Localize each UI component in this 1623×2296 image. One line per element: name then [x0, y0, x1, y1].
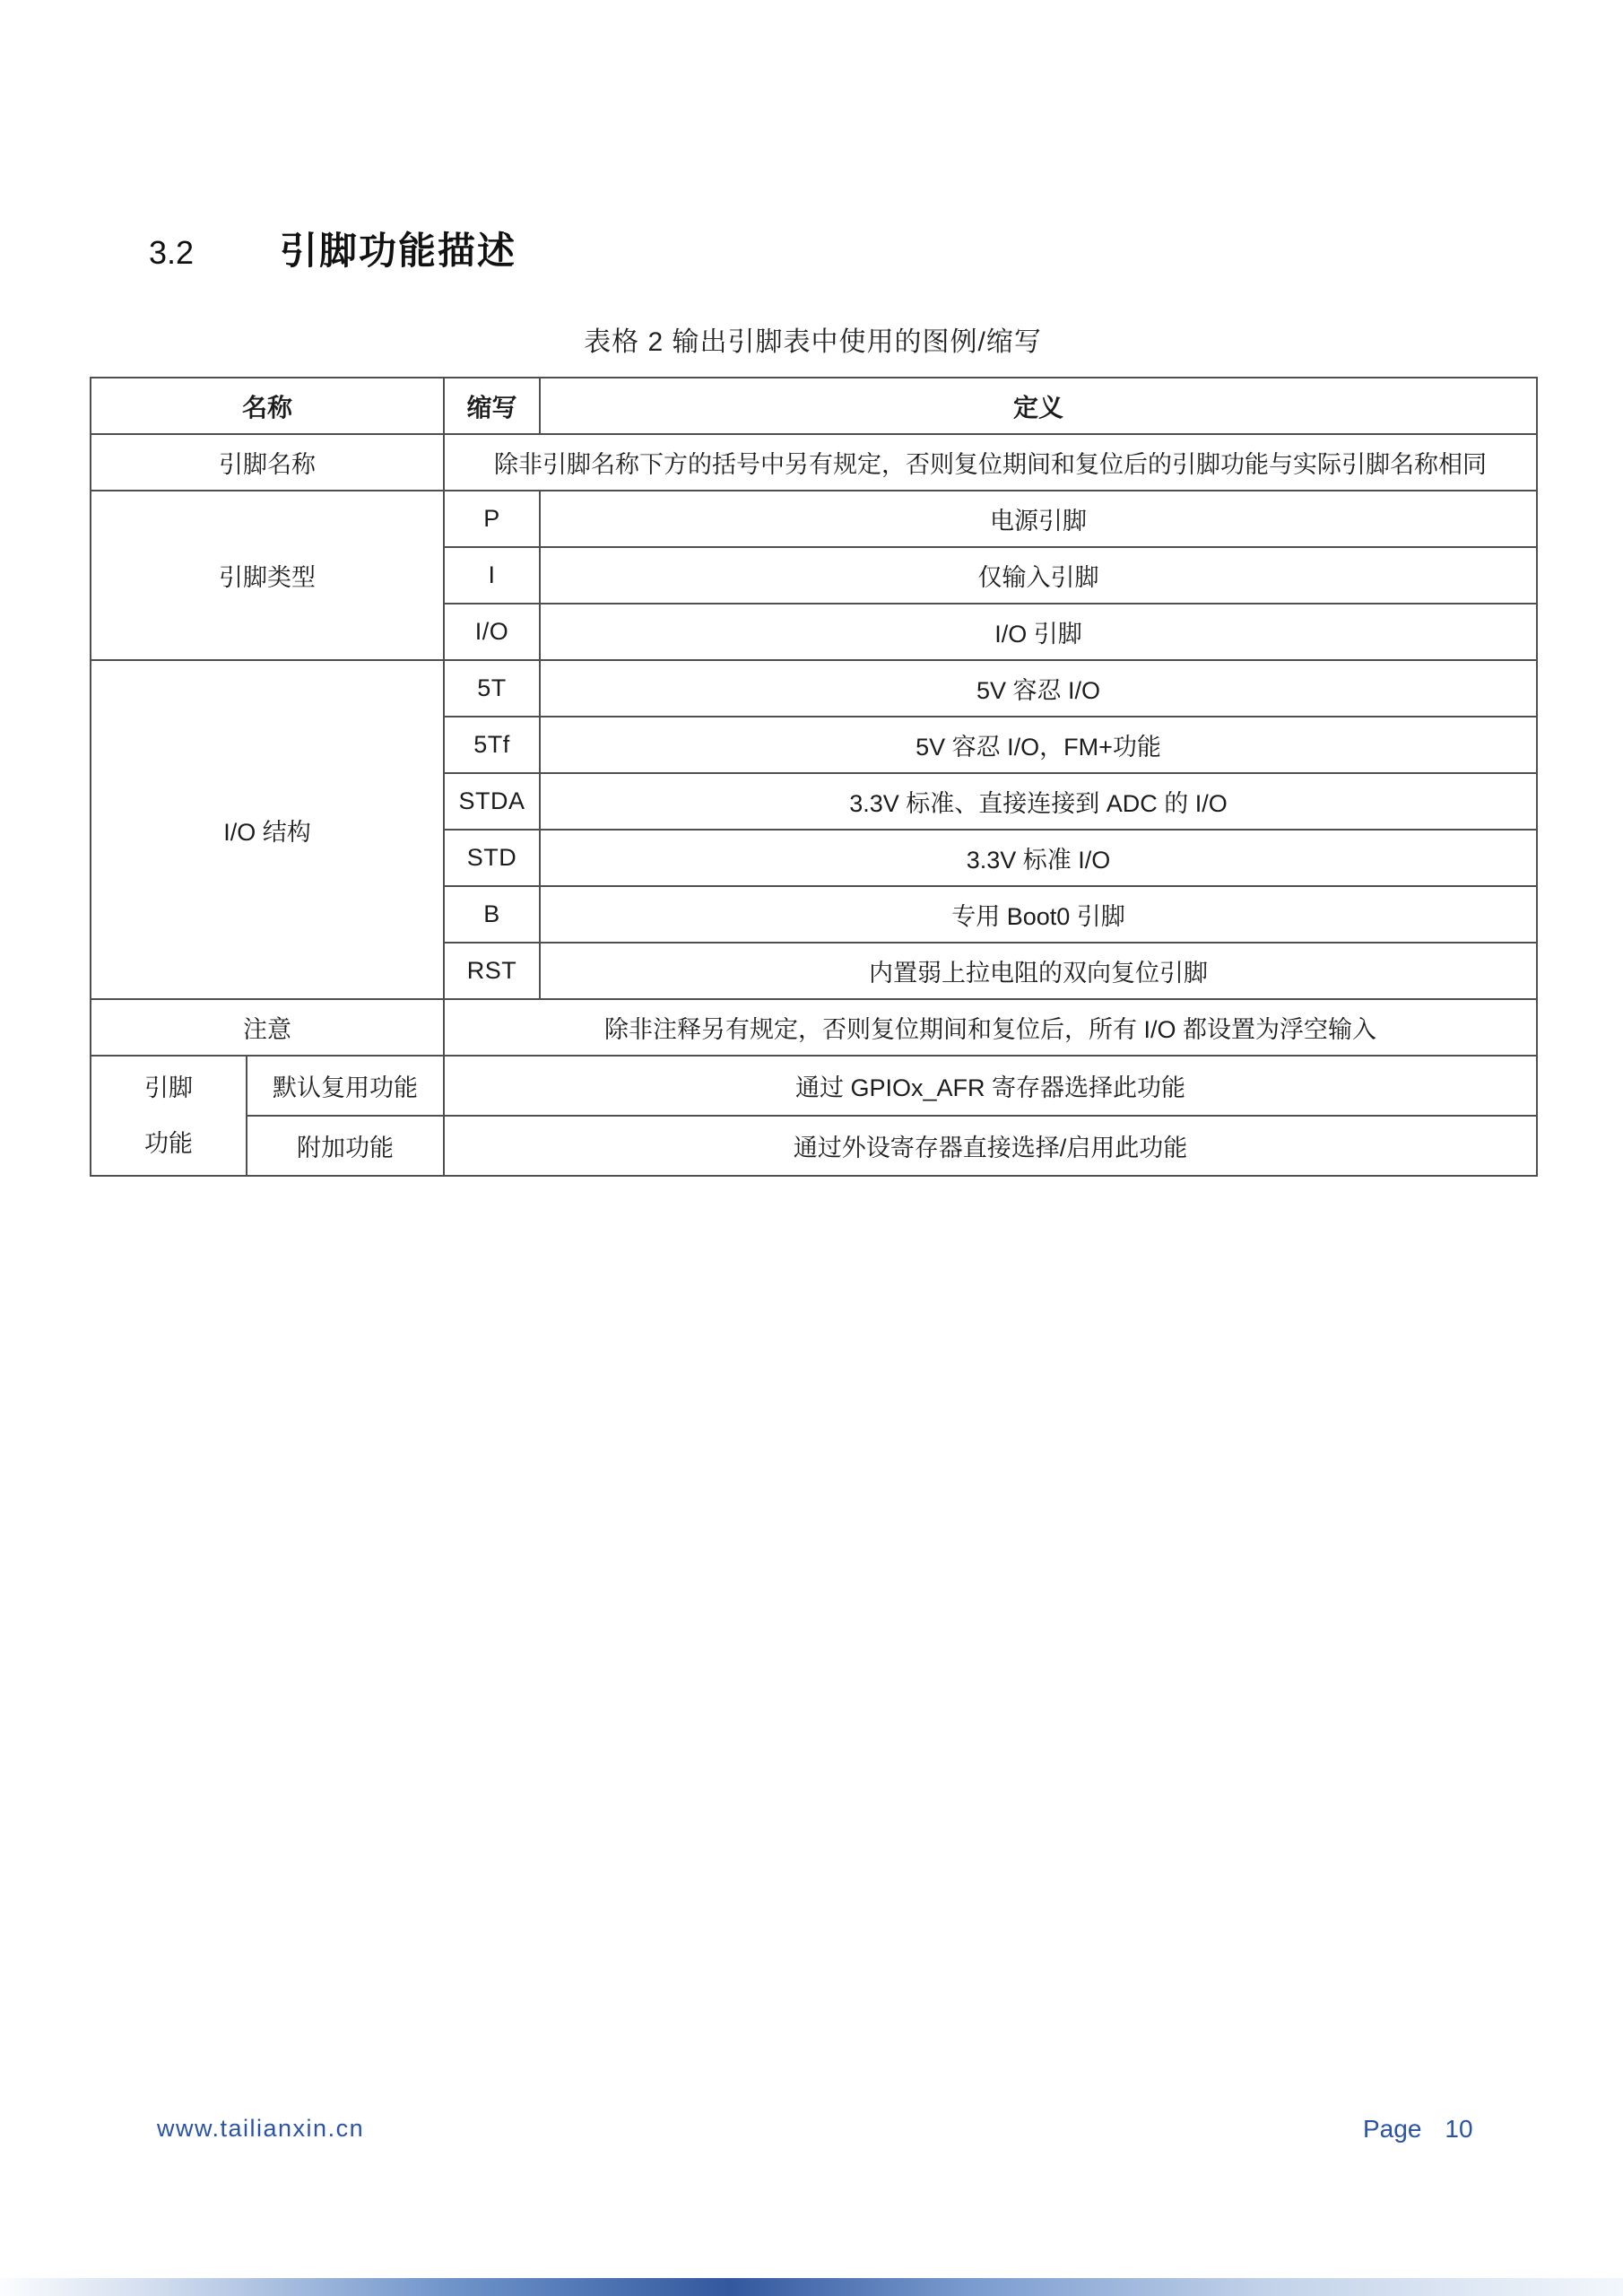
default-alt-function-definition: 通过 GPIOx_AFR 寄存器选择此功能 [444, 1056, 1537, 1116]
pin-function-line1: 引脚 [144, 1074, 193, 1101]
table-caption: 表格 2 输出引脚表中使用的图例/缩写 [90, 319, 1536, 359]
abbr-5t: 5T [444, 660, 540, 717]
header-definition: 定义 [540, 378, 1537, 434]
default-alt-function-label: 默认复用功能 [247, 1056, 444, 1116]
pin-function-label: 引脚 功能 [91, 1056, 247, 1176]
section-heading: 3.2 引脚功能描述 [149, 222, 516, 275]
header-abbr: 缩写 [444, 378, 540, 434]
table-row: 引脚类型 P 电源引脚 [91, 491, 1537, 547]
pin-name-definition: 除非引脚名称下方的括号中另有规定，否则复位期间和复位后的引脚功能与实际引脚名称相… [444, 434, 1537, 491]
abbr-stda: STDA [444, 773, 540, 830]
additional-function-label: 附加功能 [247, 1116, 444, 1176]
abbr-rst: RST [444, 943, 540, 999]
def-std: 3.3V 标准 I/O [540, 830, 1537, 886]
additional-function-definition: 通过外设寄存器直接选择/启用此功能 [444, 1116, 1537, 1176]
pin-legend-table: 名称 缩写 定义 引脚名称 除非引脚名称下方的括号中另有规定，否则复位期间和复位… [90, 377, 1538, 1177]
table-row: 附加功能 通过外设寄存器直接选择/启用此功能 [91, 1116, 1537, 1176]
abbr-std: STD [444, 830, 540, 886]
abbr-b: B [444, 886, 540, 943]
abbr-5tf: 5Tf [444, 717, 540, 773]
def-io: I/O 引脚 [540, 604, 1537, 660]
table-row: I/O 结构 5T 5V 容忍 I/O [91, 660, 1537, 717]
abbr-io: I/O [444, 604, 540, 660]
io-structure-label: I/O 结构 [91, 660, 444, 999]
def-p: 电源引脚 [540, 491, 1537, 547]
bottom-gradient-bar [0, 2278, 1623, 2296]
section-title: 引脚功能描述 [280, 222, 516, 275]
note-label: 注意 [91, 999, 444, 1056]
abbr-p: P [444, 491, 540, 547]
def-rst: 内置弱上拉电阻的双向复位引脚 [540, 943, 1537, 999]
pin-type-label: 引脚类型 [91, 491, 444, 660]
def-5t: 5V 容忍 I/O [540, 660, 1537, 717]
def-5tf: 5V 容忍 I/O，FM+功能 [540, 717, 1537, 773]
footer-website-link[interactable]: www.tailianxin.cn [157, 2115, 364, 2143]
header-name: 名称 [91, 378, 444, 434]
footer-page-indicator: Page 10 [1363, 2115, 1473, 2144]
pin-function-line2: 功能 [144, 1130, 193, 1157]
table-row: 注意 除非注释另有规定，否则复位期间和复位后，所有 I/O 都设置为浮空输入 [91, 999, 1537, 1056]
pin-name-label: 引脚名称 [91, 434, 444, 491]
table-row: 引脚 功能 默认复用功能 通过 GPIOx_AFR 寄存器选择此功能 [91, 1056, 1537, 1116]
def-i: 仅输入引脚 [540, 547, 1537, 604]
abbr-i: I [444, 547, 540, 604]
def-stda: 3.3V 标准、直接连接到 ADC 的 I/O [540, 773, 1537, 830]
note-definition: 除非注释另有规定，否则复位期间和复位后，所有 I/O 都设置为浮空输入 [444, 999, 1537, 1056]
table-header-row: 名称 缩写 定义 [91, 378, 1537, 434]
section-number: 3.2 [149, 234, 194, 272]
footer-page-number: 10 [1445, 2115, 1472, 2144]
def-b: 专用 Boot0 引脚 [540, 886, 1537, 943]
table-row: 引脚名称 除非引脚名称下方的括号中另有规定，否则复位期间和复位后的引脚功能与实际… [91, 434, 1537, 491]
footer-page-label: Page [1363, 2115, 1421, 2144]
